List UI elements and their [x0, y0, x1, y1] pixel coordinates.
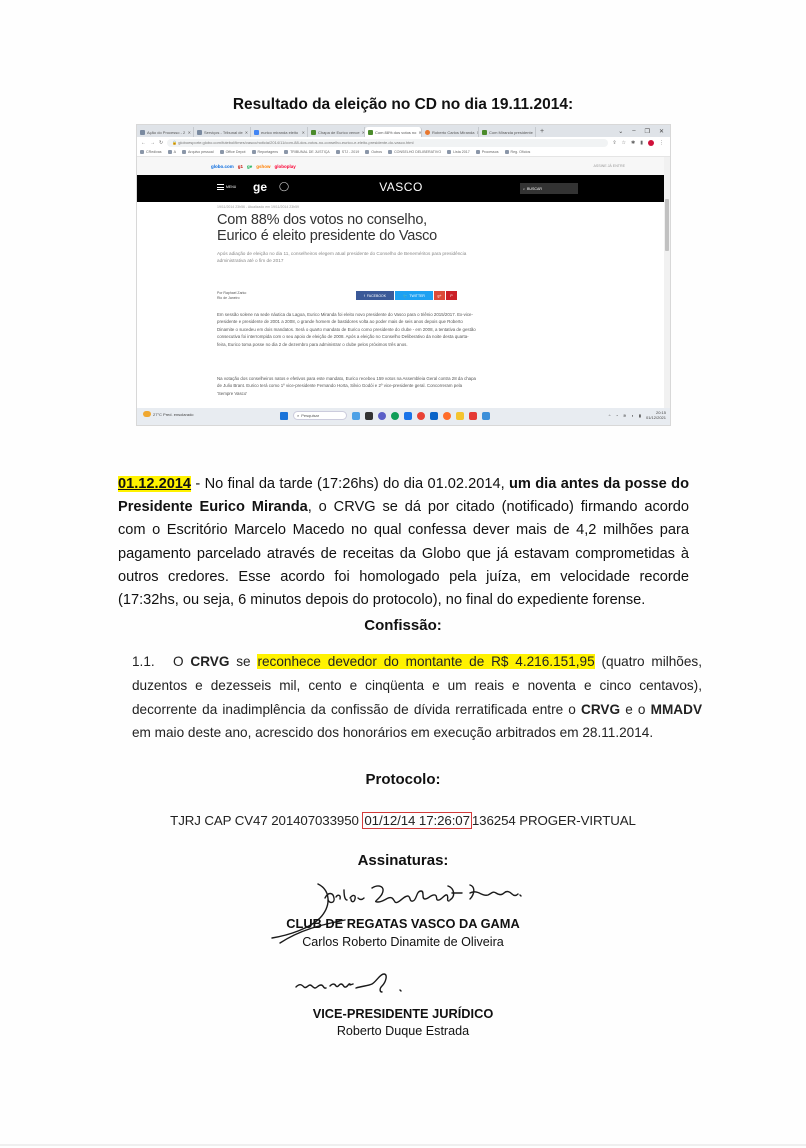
page-edge — [0, 1144, 806, 1146]
signatory-name: Roberto Duque Estrada — [0, 1024, 806, 1038]
document-page: Resultado da eleição no CD no dia 19.11.… — [0, 0, 806, 1148]
handwritten-signatures — [0, 0, 806, 1148]
signatory-organization: CLUB DE REGATAS VASCO DA GAMA — [0, 916, 806, 931]
signatory-role: VICE-PRESIDENTE JURÍDICO — [0, 1006, 806, 1021]
signatory-name: Carlos Roberto Dinamite de Oliveira — [0, 935, 806, 949]
